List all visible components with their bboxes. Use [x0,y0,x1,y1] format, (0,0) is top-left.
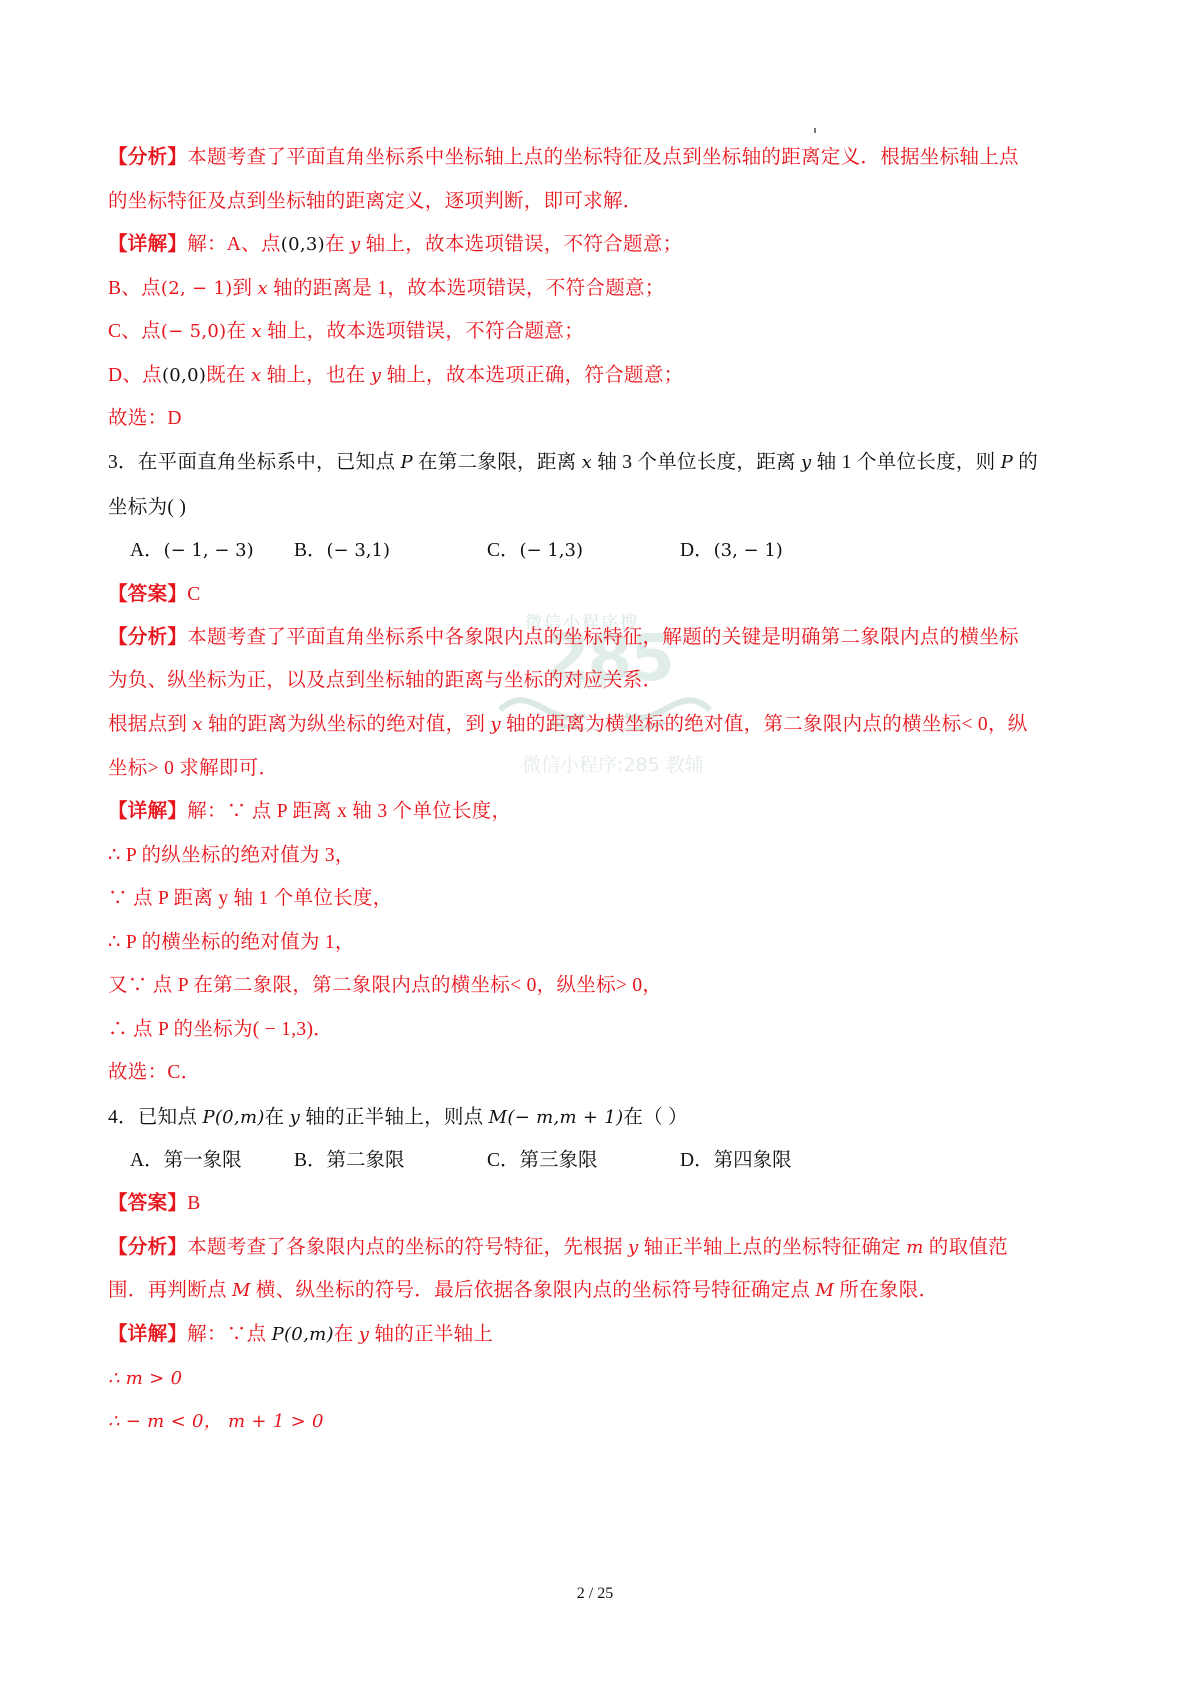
math-expression: ∴ m > 0 [108,1368,182,1389]
option-value: (− 3,1) [327,540,390,561]
option-label: A． [130,1150,164,1171]
q3-detail-line-4: ∴ P 的横坐标的绝对值为 1， [108,930,355,956]
math-variable: P [1001,452,1013,473]
stray-mark [814,128,816,133]
analysis-text: 本题考查了平面直角坐标系中各象限内点的坐标特征，解题的关键是明确第二象限内点的横… [187,627,1019,648]
q3-option-c: C．(− 1,3) [487,538,583,564]
q3-detail-line-5: 又∵ 点 P 在第二象限，第二象限内点的横坐标< 0，纵坐标> 0， [108,973,662,999]
math-expression: (2, − 1) [161,278,233,299]
detail-text: 解：A、点 [187,234,281,255]
detail-text: D、点 [108,365,162,386]
q2-analysis-line-1: 【分析】本题考查了平面直角坐标系中坐标轴上点的坐标特征及点到坐标轴的距离定义．根… [108,145,1019,171]
math-expression: P(0,m) [272,1324,334,1345]
detail-text: B、点 [108,278,161,299]
detail-text: C、点 [108,321,161,342]
detail-text: 轴的距离是 1，故本选项错误，不符合题意； [273,278,664,299]
q3-detail-line-1: 【详解】解：∵ 点 P 距离 x 轴 3 个单位长度， [108,799,511,825]
answer-value: C [187,584,200,605]
analysis-text: 的取值范 [924,1237,1008,1258]
option-value: 第一象限 [164,1150,242,1171]
analysis-text: 根据点到 [108,714,192,735]
q2-analysis-line-2: 的坐标特征及点到坐标轴的距离定义，逐项判断，即可求解． [108,189,643,215]
math-variable: M [815,1280,834,1301]
q4-option-c: C．第三象限 [487,1148,598,1174]
option-label: B． [294,1150,327,1171]
q4-analysis-line-1: 【分析】本题考查了各象限内点的坐标的符号特征，先根据 y 轴正半轴上点的坐标特征… [108,1235,1008,1261]
math-variable: y [350,234,360,255]
option-value: (− 1, − 3) [164,540,254,561]
detail-label: 【详解】 [108,1324,187,1345]
math-variable: x [582,452,592,473]
q3-choose: 故选：C． [108,1060,201,1086]
math-variable: m [906,1237,923,1258]
stem-text: 轴的正半轴上，则点 [300,1107,489,1128]
stem-text: 4．已知点 [108,1107,202,1128]
q4-detail-line-2: ∴ m > 0 [108,1366,182,1392]
detail-text: 在 [334,1324,359,1345]
analysis-text: 的坐标特征及点到坐标轴的距离定义，逐项判断，即可求解． [108,191,643,212]
option-label: D． [680,540,714,561]
q3-detail-line-2: ∴ P 的纵坐标的绝对值为 3， [108,843,355,869]
analysis-text: 横、纵坐标的符号．最后依据各象限内点的坐标符号特征确定点 [251,1280,816,1301]
detail-text: 解：∵点 [187,1324,271,1345]
detail-text: 解：∵ 点 P 距离 x 轴 3 个单位长度， [187,801,511,822]
watermark-text-3: 微信小程序:285 教辅 [522,750,704,777]
q4-stem: 4．已知点 P(0,m)在 y 轴的正半轴上，则点 M(− m,m + 1)在（… [108,1105,688,1131]
math-variable: P [400,452,412,473]
q3-stem-line-2: 坐标为( ) [108,495,186,521]
math-variable: x [192,714,202,735]
option-label: C． [487,1150,520,1171]
detail-label: 【详解】 [108,234,187,255]
detail-text: 轴上，故本选项正确，符合题意； [386,365,683,386]
math-expression: (0,3) [281,234,325,255]
stem-text: 的 [1013,452,1038,473]
q2-detail-line-b: B、点(2, − 1)到 x 轴的距离是 1，故本选项错误，不符合题意； [108,276,665,302]
option-value: 第三象限 [520,1150,598,1171]
detail-text: 轴上，故本选项错误，不符合题意； [366,234,683,255]
q3-analysis-line-4: 坐标> 0 求解即可． [108,756,278,782]
math-variable: y [290,1107,300,1128]
analysis-text: 轴正半轴上点的坐标特征确定 [638,1237,906,1258]
detail-text: 在 [325,234,345,255]
option-value: (3, − 1) [714,540,783,561]
math-variable: y [490,714,500,735]
math-expression: P(0,m) [202,1107,264,1128]
q3-detail-line-3: ∵ 点 P 距离 y 轴 1 个单位长度， [108,886,393,912]
q4-answer: 【答案】B [108,1191,201,1217]
math-variable: y [371,365,381,386]
q4-option-a: A．第一象限 [130,1148,242,1174]
q2-choose: 故选：D [108,406,182,432]
math-expression: (0,0) [162,365,206,386]
option-label: A． [130,540,164,561]
detail-label: 【详解】 [108,801,187,822]
q4-detail-line-1: 【详解】解：∵点 P(0,m)在 y 轴的正半轴上 [108,1322,493,1348]
math-expression: M(− m,m + 1) [489,1107,624,1128]
q3-detail-line-6: ∴ 点 P 的坐标为( − 1,3)． [108,1017,333,1043]
stem-text: 轴 1 个单位长度，则 [812,452,1001,473]
q2-detail-line-c: C、点(− 5,0)在 x 轴上，故本选项错误，不符合题意； [108,319,584,345]
option-label: D． [680,1150,714,1171]
option-label: B． [294,540,327,561]
math-variable: y [359,1324,369,1345]
q3-option-d: D．(3, − 1) [680,538,783,564]
detail-text: 既在 [206,365,246,386]
q4-option-b: B．第二象限 [294,1148,405,1174]
answer-label: 【答案】 [108,584,187,605]
analysis-text: 轴的距离为横坐标的绝对值，第二象限内点的横坐标< 0，纵 [501,714,1028,735]
math-expression: ∴ − m < 0， m + 1 > 0 [108,1411,324,1432]
option-value: 第二象限 [327,1150,405,1171]
analysis-text: 所在象限． [834,1280,938,1301]
answer-value: B [187,1193,200,1214]
detail-text: 在 [227,321,247,342]
page-indicator: 2 / 25 [0,1585,1190,1603]
q3-answer: 【答案】C [108,582,201,608]
detail-text: 轴上，也在 [267,365,371,386]
stem-text: 3．在平面直角坐标系中，已知点 [108,452,400,473]
option-value: 第四象限 [714,1150,792,1171]
stem-text: 轴 3 个单位长度，距离 [592,452,801,473]
analysis-label: 【分析】 [108,1237,187,1258]
q4-detail-line-3: ∴ − m < 0， m + 1 > 0 [108,1409,324,1435]
math-variable: y [628,1237,638,1258]
stem-text: 在第二象限，距离 [413,452,582,473]
stem-text: 在（ ） [623,1107,688,1128]
analysis-text: 围．再判断点 [108,1280,232,1301]
document-page: 微信小程序搜 285 教辅 微信小程序:285 教辅 【分析】本题考查了平面直角… [0,0,1190,1683]
q4-analysis-line-2: 围．再判断点 M 横、纵坐标的符号．最后依据各象限内点的坐标符号特征确定点 M … [108,1278,938,1304]
q3-option-b: B．(− 3,1) [294,538,390,564]
math-variable: x [251,365,261,386]
math-variable: M [232,1280,251,1301]
q2-detail-line-a: 【详解】解：A、点(0,3)在 y 轴上，故本选项错误，不符合题意； [108,232,682,258]
answer-label: 【答案】 [108,1193,187,1214]
q3-option-a: A．(− 1, − 3) [130,538,254,564]
q2-detail-line-d: D、点(0,0)既在 x 轴上，也在 y 轴上，故本选项正确，符合题意； [108,363,683,389]
math-expression: (− 5,0) [161,321,227,342]
analysis-text: 本题考查了各象限内点的坐标的符号特征，先根据 [187,1237,628,1258]
option-value: (− 1,3) [520,540,583,561]
q3-analysis-line-3: 根据点到 x 轴的距离为纵坐标的绝对值，到 y 轴的距离为横坐标的绝对值，第二象… [108,712,1028,738]
analysis-label: 【分析】 [108,147,187,168]
analysis-label: 【分析】 [108,627,187,648]
math-variable: y [801,452,811,473]
q4-option-d: D．第四象限 [680,1148,792,1174]
math-variable: x [252,321,262,342]
stem-text: 在 [265,1107,290,1128]
analysis-text: 本题考查了平面直角坐标系中坐标轴上点的坐标特征及点到坐标轴的距离定义．根据坐标轴… [187,147,1019,168]
detail-text: 轴上，故本选项错误，不符合题意； [267,321,584,342]
detail-text: 轴的正半轴上 [369,1324,493,1345]
math-variable: x [258,278,268,299]
analysis-text: 轴的距离为纵坐标的绝对值，到 [203,714,491,735]
q3-analysis-line-2: 为负、纵坐标为正，以及点到坐标轴的距离与坐标的对应关系． [108,668,662,694]
q3-analysis-line-1: 【分析】本题考查了平面直角坐标系中各象限内点的坐标特征，解题的关键是明确第二象限… [108,625,1019,651]
option-label: C． [487,540,520,561]
detail-text: 到 [233,278,253,299]
q3-stem-line-1: 3．在平面直角坐标系中，已知点 P 在第二象限，距离 x 轴 3 个单位长度，距… [108,450,1038,476]
